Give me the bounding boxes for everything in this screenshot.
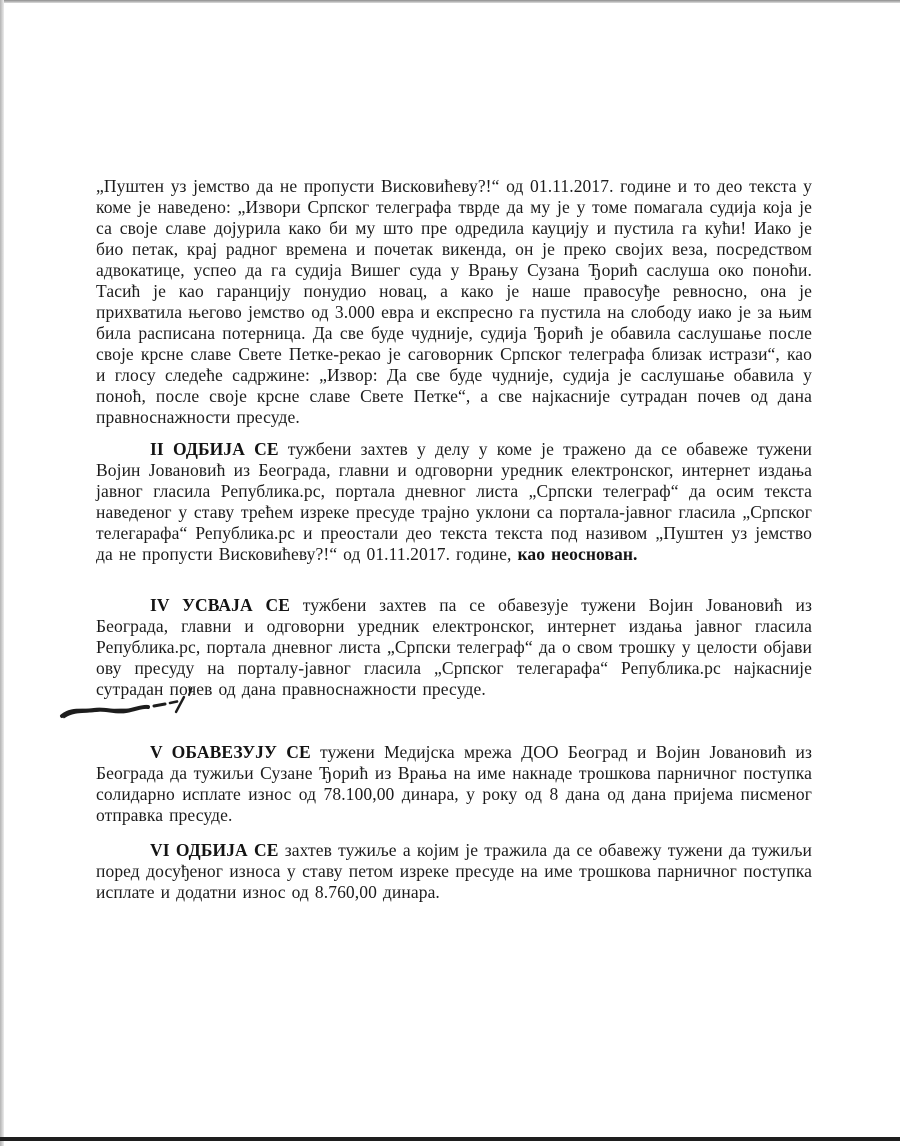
paragraph: II ОДБИЈА СЕ тужбени захтев у делу у ком… bbox=[96, 439, 812, 565]
verdict-heading: II ОДБИЈА СЕ bbox=[150, 439, 279, 459]
scan-edge-top bbox=[0, 0, 900, 3]
verdict-heading: V ОБАВЕЗУЈУ СЕ bbox=[150, 742, 311, 762]
scan-edge-left bbox=[0, 0, 4, 1146]
paragraph: VI ОДБИЈА СЕ захтев тужиље а којим је тр… bbox=[96, 840, 812, 903]
text-run: „Пуштен уз јемство да не пропусти Висков… bbox=[96, 176, 812, 427]
scanned-document-page: { "document": { "paragraphs": [ { "inden… bbox=[0, 0, 900, 1146]
paragraph: IV УСВАЈА СЕ тужбени захтев па се обавез… bbox=[96, 595, 812, 700]
verdict-heading: VI ОДБИЈА СЕ bbox=[150, 840, 279, 860]
scan-edge-bottom bbox=[0, 1137, 900, 1141]
verdict-heading: као неоснован. bbox=[517, 544, 637, 564]
document-body: „Пуштен уз јемство да не пропусти Висков… bbox=[96, 176, 812, 903]
paragraph: „Пуштен уз јемство да не пропусти Висков… bbox=[96, 176, 812, 428]
verdict-heading: IV УСВАЈА СЕ bbox=[150, 595, 290, 615]
paragraph: V ОБАВЕЗУЈУ СЕ тужени Медијска мрежа ДОО… bbox=[96, 742, 812, 826]
